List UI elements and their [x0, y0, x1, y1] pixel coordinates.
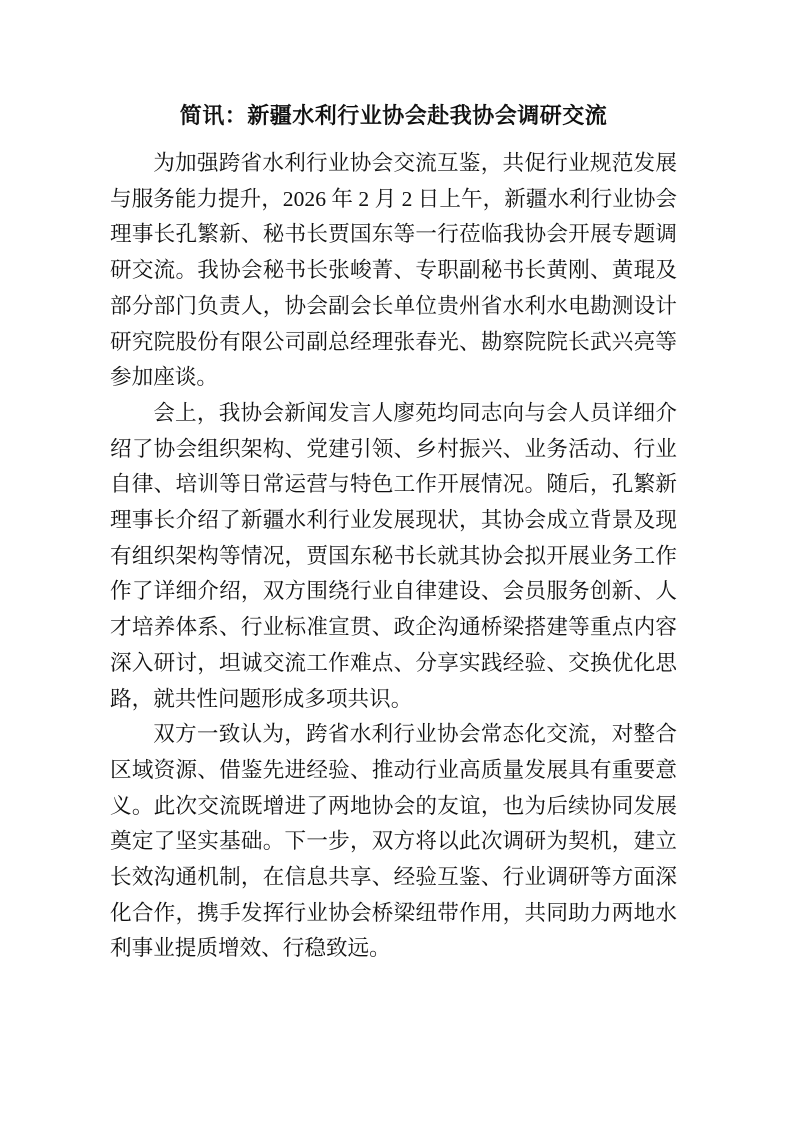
- document-title: 简讯：新疆水利行业协会赴我协会调研交流: [110, 96, 677, 136]
- paragraph-3: 双方一致认为，跨省水利行业协会常态化交流，对整合区域资源、借鉴先进经验、推动行业…: [110, 717, 677, 967]
- document-page: 简讯：新疆水利行业协会赴我协会调研交流 为加强跨省水利行业协会交流互鉴，共促行业…: [0, 0, 793, 1122]
- document-content: 简讯：新疆水利行业协会赴我协会调研交流 为加强跨省水利行业协会交流互鉴，共促行业…: [110, 96, 677, 967]
- paragraph-1: 为加强跨省水利行业协会交流互鉴，共促行业规范发展与服务能力提升，2026 年 2…: [110, 146, 677, 396]
- paragraph-2: 会上，我协会新闻发言人廖苑均同志向与会人员详细介绍了协会组织架构、党建引领、乡村…: [110, 396, 677, 717]
